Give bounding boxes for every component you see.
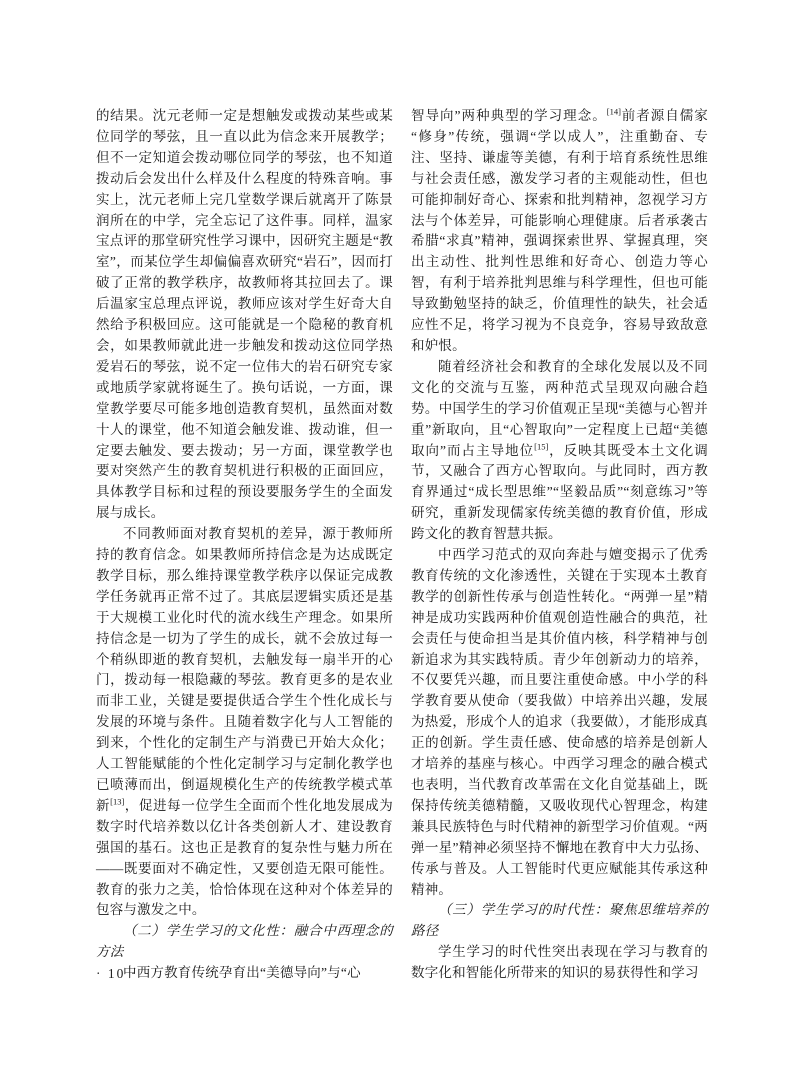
section-heading: （二）学生学习的文化性：融合中西理念的方法 <box>96 921 393 963</box>
paragraph: 中西方教育传统孕育出“美德导向”与“心 <box>96 963 393 984</box>
footnote-reference: [14] <box>607 107 621 117</box>
page-number: · 10 · <box>96 966 137 982</box>
right-column: 智导向”两种典型的学习理念。[14]前者源自儒家“修身”传统，强调“学以成人”，… <box>411 106 708 984</box>
paragraph: 不同教师面对教育契机的差异，源于教师所持的教育信念。如果教师所持信念是为达成既定… <box>96 524 393 921</box>
paragraph: 随着经济社会和教育的全球化发展以及不同文化的交流与互鉴，两种范式呈现双向融合趋势… <box>411 357 708 545</box>
footnote-reference: [13] <box>110 796 124 806</box>
text-columns: 的结果。沈元老师一定是想触发或拨动某些或某位同学的琴弦，且一直以此为信念来开展教… <box>96 106 708 984</box>
paragraph: 的结果。沈元老师一定是想触发或拨动某些或某位同学的琴弦，且一直以此为信念来开展教… <box>96 106 393 524</box>
left-column: 的结果。沈元老师一定是想触发或拨动某些或某位同学的琴弦，且一直以此为信念来开展教… <box>96 106 393 984</box>
footnote-reference: [15] <box>534 441 548 451</box>
section-heading: （三）学生学习的时代性：聚焦思维培养的路径 <box>411 900 708 942</box>
paragraph: 中西学习范式的双向奔赴与嬗变揭示了优秀教育传统的文化渗透性，关键在于实现本土教育… <box>411 545 708 900</box>
paragraph: 学生学习的时代性突出表现在学习与教育的数字化和智能化所带来的知识的易获得性和学习 <box>411 942 708 984</box>
document-page: 的结果。沈元老师一定是想触发或拨动某些或某位同学的琴弦，且一直以此为信念来开展教… <box>0 0 800 1077</box>
paragraph: 智导向”两种典型的学习理念。[14]前者源自儒家“修身”传统，强调“学以成人”，… <box>411 106 708 357</box>
